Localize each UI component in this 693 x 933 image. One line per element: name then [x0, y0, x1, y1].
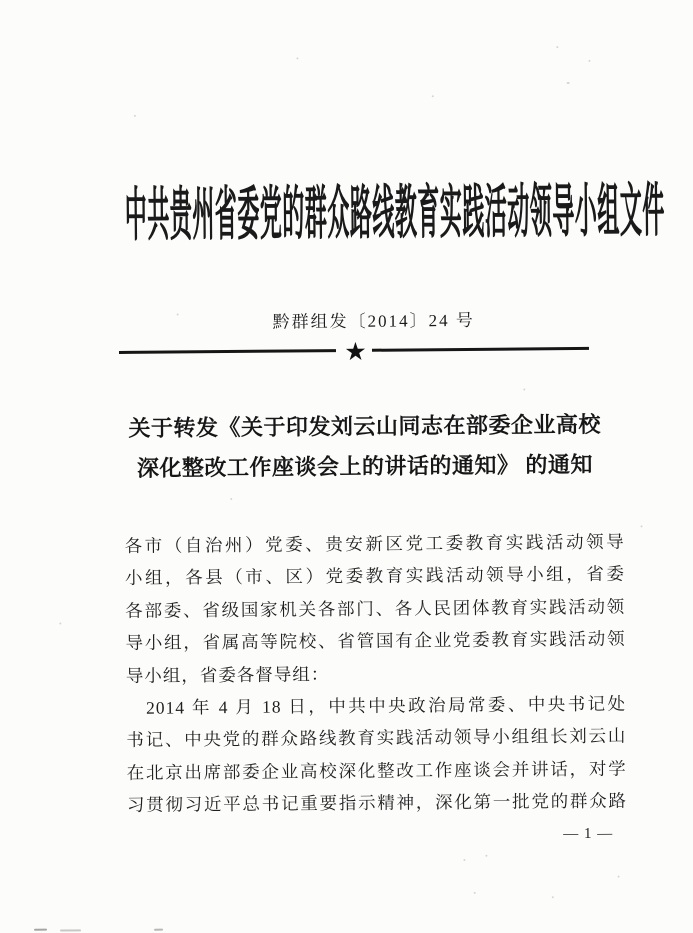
scan-speck: [552, 896, 554, 898]
body-line: 书记、中央党的群众路线教育实践活动领导小组组长刘云山: [126, 720, 626, 757]
header-banner-text: 中共贵州省委党的群众路线教育实践活动领导小组文件: [124, 167, 665, 254]
scan-speck: [134, 115, 136, 117]
scan-speck: [523, 388, 525, 390]
document-title-line-2: 深化整改工作座谈会上的讲话的通知》 的通知: [115, 445, 615, 489]
body-line: 在北京出席部委企业高校深化整改工作座谈会并讲话，对学: [127, 752, 627, 789]
scan-speck: [618, 876, 620, 878]
scan-smudge: [60, 929, 81, 931]
scan-speck: [432, 95, 434, 97]
scan-smudge: [34, 929, 47, 931]
scan-speck: [474, 892, 476, 894]
document-body: 各市（自治州）党委、贵安新区党工委教育实践活动领导 小组，各县（市、区）党委教育…: [125, 526, 628, 822]
scan-speck: [556, 46, 558, 48]
document-title: 关于转发《关于印发刘云山同志在部委企业高校 深化整改工作座谈会上的讲话的通知》 …: [114, 405, 615, 489]
scan-smudge: [154, 929, 163, 931]
scan-speck: [59, 622, 61, 624]
body-line: 各市（自治州）党委、贵安新区党工委教育实践活动领导: [125, 526, 625, 563]
separator-line-right: [372, 346, 589, 351]
body-line: 习贯彻习近平总书记重要指示精神，深化第一批党的群众路: [127, 785, 627, 822]
header-separator-rule: ★: [119, 334, 589, 366]
scan-tilt-layer: 中共贵州省委党的群众路线教育实践活动领导小组文件 黔群组发〔2014〕24 号 …: [0, 0, 693, 933]
scan-speck: [641, 525, 643, 527]
scan-speck: [296, 57, 298, 59]
scanned-document-page: 中共贵州省委党的群众路线教育实践活动领导小组文件 黔群组发〔2014〕24 号 …: [0, 0, 693, 933]
body-line: 导小组，省委各督导组：: [126, 655, 626, 692]
document-title-line-1: 关于转发《关于印发刘云山同志在部委企业高校: [114, 405, 614, 449]
document-header-banner: 中共贵州省委党的群众路线教育实践活动领导小组文件: [125, 192, 665, 228]
body-line: 小组，各县（市、区）党委教育实践活动领导小组，省委: [125, 558, 625, 595]
separator-line-left: [119, 349, 336, 354]
body-line: 导小组，省属高等院校、省管国有企业党委教育实践活动领: [125, 623, 625, 660]
scan-speck: [230, 498, 232, 500]
body-line: 各部委、省级国家机关各部门、各人民团体教育实践活动领: [125, 590, 625, 627]
page-number: — 1 —: [543, 826, 633, 844]
scan-speck: [463, 859, 465, 861]
document-number: 黔群组发〔2014〕24 号: [244, 306, 504, 333]
scan-speck: [177, 313, 179, 315]
body-line: 2014 年 4 月 18 日，中共中央政治局常委、中央书记处: [126, 688, 626, 725]
scan-speck: [485, 855, 487, 857]
scan-speck: [567, 82, 570, 84]
scan-speck: [588, 60, 590, 62]
star-icon: ★: [344, 338, 367, 363]
